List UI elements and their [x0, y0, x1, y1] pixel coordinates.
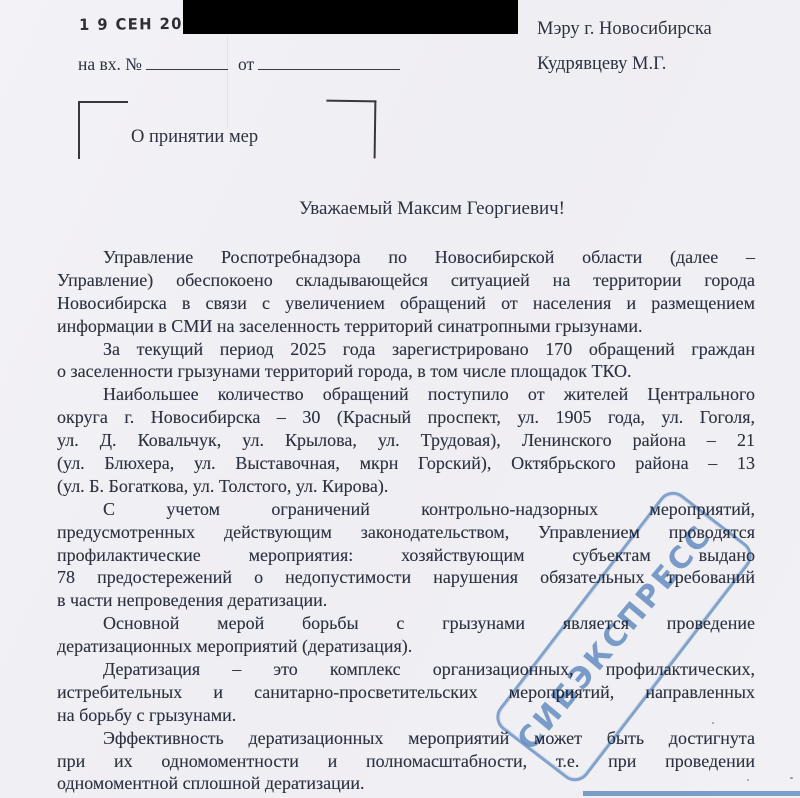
- scan-fold-artifact: [227, 36, 228, 128]
- body-line: С учетом ограничений контрольно-надзорны…: [57, 498, 755, 521]
- body-line: одномоментной сплошной дератизации.: [57, 772, 755, 795]
- body-line: истребительных и санитарно-просветительс…: [57, 681, 755, 704]
- registration-label: на вх. №: [78, 54, 142, 74]
- body-line: Наибольшее количество обращений поступил…: [57, 383, 755, 406]
- body-line: предусмотренных действующим законодатель…: [57, 521, 755, 544]
- addressee-block: Мэру г. Новосибирска Кудрявцеву М.Г.: [537, 12, 712, 82]
- salutation: Уважаемый Максим Георгиевич!: [57, 198, 755, 220]
- corner-mark-right: [326, 100, 377, 159]
- body-line: в части непроведения дератизации.: [57, 589, 755, 612]
- body-line: Дератизация – это комплекс организационн…: [57, 658, 755, 681]
- body-line: За текущий период 2025 года зарегистриро…: [57, 338, 755, 361]
- body-line: Управление) обеспокоено складывающейся с…: [57, 269, 755, 292]
- registration-number-line: на вх. №от: [78, 53, 400, 75]
- body-line: 78 предостережений о недопустимости нару…: [57, 566, 755, 589]
- body-line: профилактические мероприятия: хозяйствую…: [57, 544, 755, 567]
- scan-speck: [712, 722, 714, 724]
- body-line: информации в СМИ на заселенность террито…: [57, 315, 755, 338]
- scan-speck: [790, 777, 793, 779]
- corner-mark-left: [78, 101, 128, 159]
- registration-from-label: от: [238, 54, 254, 74]
- registration-number-blank: [146, 53, 228, 70]
- body-line: округа г. Новосибирска – 30 (Красный про…: [57, 406, 755, 429]
- body-line: Новосибирска в связи с увеличением обращ…: [57, 292, 755, 315]
- body-line: Эффективность дератизационных мероприяти…: [57, 727, 755, 750]
- body-line: на борьбу с грызунами.: [57, 704, 755, 727]
- addressee-name: Кудрявцеву М.Г.: [537, 47, 712, 82]
- letter-body: Управление Роспотребнадзора по Новосибир…: [57, 246, 755, 795]
- body-line: при их одномоментности и полномасштабнос…: [57, 750, 755, 773]
- subject-line: О принятии мер: [131, 127, 258, 148]
- scan-speck: [747, 779, 749, 781]
- body-line: дератизационных мероприятий (дератизация…: [57, 635, 755, 658]
- body-line: о заселенности грызунами территорий горо…: [57, 360, 755, 383]
- body-line: (ул. Блюхера, ул. Выставочная, мкрн Горс…: [57, 452, 755, 475]
- redaction-box: [183, 0, 518, 34]
- body-line: Управление Роспотребнадзора по Новосибир…: [57, 246, 755, 269]
- addressee-title: Мэру г. Новосибирска: [537, 12, 712, 47]
- registration-date-blank: [258, 53, 400, 70]
- scanned-letter-page: 1 9 СЕН 2025 Мэру г. Новосибирска Кудряв…: [0, 0, 800, 798]
- body-line: Основной мерой борьбы с грызунами являет…: [57, 612, 755, 635]
- body-line: (ул. Б. Богаткова, ул. Толстого, ул. Кир…: [57, 475, 755, 498]
- body-line: ул. Д. Ковальчук, ул. Крылова, ул. Трудо…: [57, 429, 755, 452]
